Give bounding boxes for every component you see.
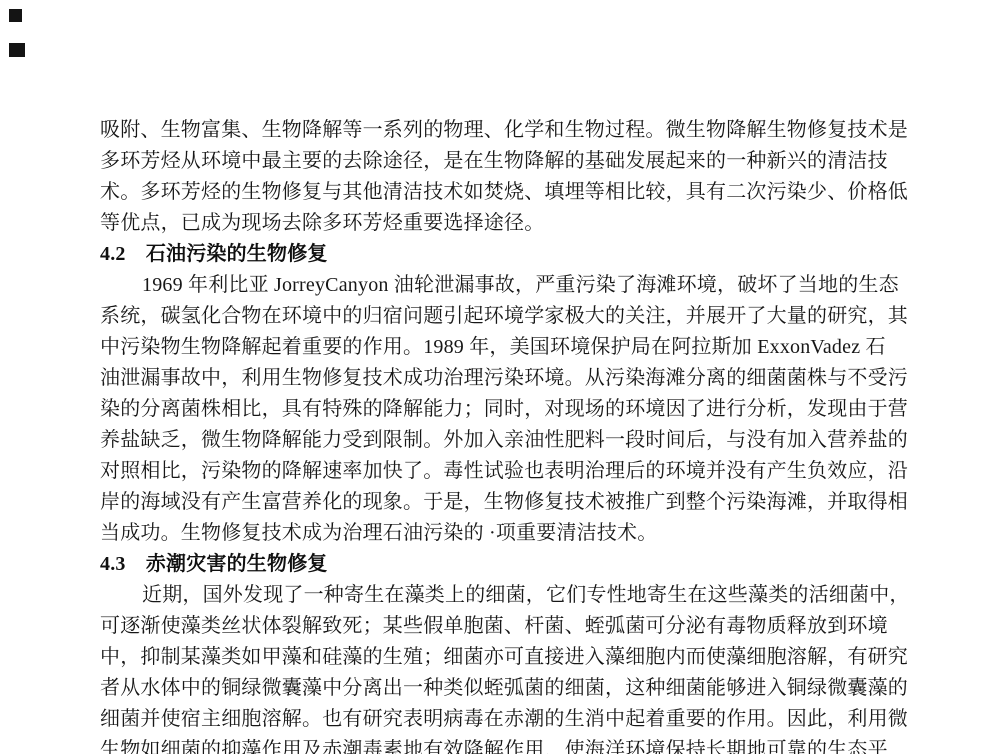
- text-line-clipped: 生物如细菌的抑藻作用及赤潮毒素地有效降解作用，使海洋环境保持长期地可靠的生态平: [100, 740, 910, 754]
- text-line: 当成功。生物修复技术成为治理石油污染的 ·项重要清洁技术。: [100, 523, 910, 543]
- text-line: 染的分离菌株相比，具有特殊的降解能力；同时，对现场的环境因了进行分析，发现由于营: [100, 399, 910, 419]
- text-line: 养盐缺乏，微生物降解能力受到限制。外加入亲油性肥料一段时间后，与没有加入营养盐的: [100, 430, 910, 450]
- text-line: 系统，碳氢化合物在环境中的归宿问题引起环境学家极大的关注，并展开了大量的研究，其: [100, 306, 910, 326]
- section-title: 石油污染的生物修复: [146, 244, 328, 264]
- text-line: 等优点，已成为现场去除多环芳烃重要选择途径。: [100, 213, 910, 233]
- section-number: 4.3: [100, 554, 126, 574]
- scan-artifact-square-icon: [9, 9, 22, 22]
- text-line: 岸的海域没有产生富营养化的现象。于是，生物修复技术被推广到整个污染海滩，并取得相: [100, 492, 910, 512]
- text-line: 油泄漏事故中，利用生物修复技术成功治理污染环境。从污染海滩分离的细菌菌株与不受污: [100, 368, 910, 388]
- section-title: 赤潮灾害的生物修复: [146, 554, 328, 574]
- scan-artifact-square-icon: [9, 43, 25, 57]
- text-line: 术。多环芳烃的生物修复与其他清洁技术如焚烧、填埋等相比较，具有二次污染少、价格低: [100, 182, 910, 202]
- text-line: 中污染物生物降解起着重要的作用。1989 年，美国环境保护局在阿拉斯加 Exxo…: [100, 337, 910, 357]
- text-line: 吸附、生物富集、生物降解等一系列的物理、化学和生物过程。微生物降解生物修复技术是: [100, 120, 910, 140]
- text-line: 可逐渐使藻类丝状体裂解致死；某些假单胞菌、杆菌、蛭弧菌可分泌有毒物质释放到环境: [100, 616, 910, 636]
- text-line: 对照相比，污染物的降解速率加快了。毒性试验也表明治理后的环境并没有产生负效应，沿: [100, 461, 910, 481]
- text-line: 者从水体中的铜绿微囊藻中分离出一种类似蛭弧菌的细菌，这种细菌能够进入铜绿微囊藻的: [100, 678, 910, 698]
- section-heading-4-3: 4.3 赤潮灾害的生物修复: [100, 554, 910, 574]
- section-number: 4.2: [100, 244, 126, 264]
- text-line: 近期，国外发现了一种寄生在藻类上的细菌，它们专性地寄生在这些藻类的活细菌中，: [100, 585, 952, 605]
- scanned-document-page: 吸附、生物富集、生物降解等一系列的物理、化学和生物过程。微生物降解生物修复技术是…: [0, 0, 1000, 754]
- text-line: 多环芳烃从环境中最主要的去除途径，是在生物降解的基础发展起来的一种新兴的清洁技: [100, 151, 910, 171]
- text-line: 中，抑制某藻类如甲藻和硅藻的生殖；细菌亦可直接进入藻细胞内而使藻细胞溶解，有研究: [100, 647, 910, 667]
- section-heading-4-2: 4.2 石油污染的生物修复: [100, 244, 910, 264]
- text-line: 1969 年利比亚 JorreyCanyon 油轮泄漏事故，严重污染了海滩环境，…: [100, 275, 952, 295]
- text-line: 细菌并使宿主细胞溶解。也有研究表明病毒在赤潮的生消中起着重要的作用。因此，利用微: [100, 709, 910, 729]
